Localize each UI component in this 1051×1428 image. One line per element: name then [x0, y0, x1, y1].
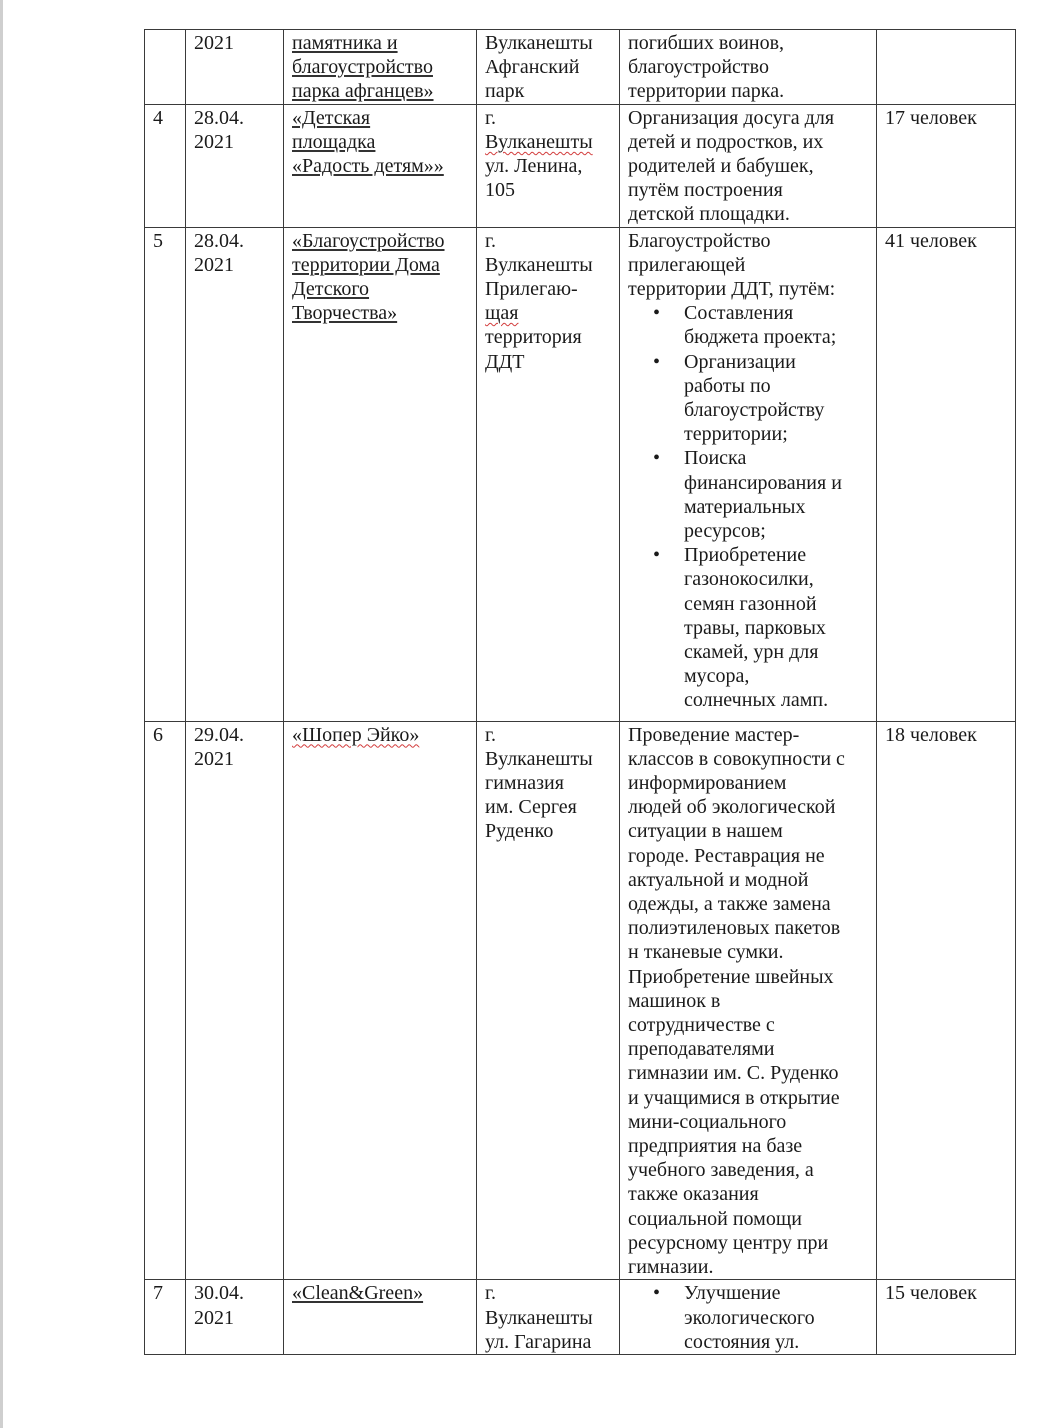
description-line: информированием	[628, 771, 868, 795]
description-line: полиэтиленовых пакетов	[628, 916, 868, 940]
cell-project-name: памятника и благоустройство парка афганц…	[284, 30, 477, 105]
table-row: 5 28.04. 2021 «Благоустройство территори…	[145, 227, 1016, 721]
place-line: г.	[485, 229, 611, 253]
description-line: погибших воинов,	[628, 31, 868, 55]
cell-description: Организация досуга для детей и подростко…	[620, 104, 877, 227]
description-line: мини-социального	[628, 1110, 868, 1134]
description-line: социальной помощи	[628, 1207, 868, 1231]
cell-number: 4	[145, 104, 186, 227]
description-line: благоустройство	[628, 55, 868, 79]
project-name-line: «Детская	[292, 107, 370, 129]
cell-project-name: «Clean&Green»	[284, 1280, 477, 1355]
cell-description: Проведение мастер-классов в совокупности…	[620, 721, 877, 1280]
place-line: г.	[485, 1281, 611, 1305]
project-name-line: «Шопер Эйко»	[292, 724, 419, 746]
description-line: людей об экологической	[628, 795, 868, 819]
description-line: гимназии.	[628, 1255, 868, 1279]
bullet-item: Составления бюджета проекта;	[684, 301, 868, 349]
cell-date: 28.04. 2021	[186, 227, 284, 721]
bullet-list: Улучшение экологического состояния ул.	[628, 1281, 868, 1354]
date-line: 29.04.	[194, 723, 275, 747]
description-line: родителей и бабушек,	[628, 154, 868, 178]
place-line: гимназия	[485, 771, 611, 795]
cell-description: Улучшение экологического состояния ул.	[620, 1280, 877, 1355]
cell-date: 29.04. 2021	[186, 721, 284, 1280]
description-line: актуальной и модной	[628, 868, 868, 892]
place-line: щая	[485, 302, 518, 324]
date-line: 2021	[194, 253, 275, 277]
cell-number	[145, 30, 186, 105]
cell-description: погибших воинов, благоустройство террито…	[620, 30, 877, 105]
description-line: детской площадки.	[628, 202, 868, 226]
place-line: территория	[485, 325, 611, 349]
description-line: территории парка.	[628, 79, 868, 103]
description-line: Проведение мастер-	[628, 723, 868, 747]
description-line: н тканевые сумки.	[628, 940, 868, 964]
place-line: им. Сергея	[485, 795, 611, 819]
date-line: 28.04.	[194, 229, 275, 253]
description-line: предприятия на базе	[628, 1134, 868, 1158]
date-line: 28.04.	[194, 106, 275, 130]
place-line: парк	[485, 79, 611, 103]
cell-project-name: «Детская площадка «Радость детям»»	[284, 104, 477, 227]
cell-number: 6	[145, 721, 186, 1280]
events-table: 2021 памятника и благоустройство парка а…	[144, 29, 1016, 1355]
description-line: детей и подростков, их	[628, 130, 868, 154]
place-line: Руденко	[485, 819, 611, 843]
project-name-line: «Радость детям»»	[292, 155, 444, 177]
cell-place: г. Вулканешты гимназия им. Сергея Руденк…	[477, 721, 620, 1280]
cell-place: г. Вулканешты ул. Гагарина	[477, 1280, 620, 1355]
table-row: 2021 памятника и благоустройство парка а…	[145, 30, 1016, 105]
table-row: 7 30.04. 2021 «Clean&Green» г. Вулканешт…	[145, 1280, 1016, 1355]
date-line: 30.04.	[194, 1281, 275, 1305]
project-name-line: территории Дома	[292, 254, 440, 276]
project-name-line: Творчества»	[292, 302, 397, 324]
description-line: также оказания	[628, 1182, 868, 1206]
description-line: Приобретение швейных	[628, 965, 868, 989]
place-line: г.	[485, 723, 611, 747]
page-edge	[0, 0, 3, 1428]
description-line: городе. Реставрация не	[628, 844, 868, 868]
place-line: Вулканешты	[485, 1306, 611, 1330]
description-line: классов в совокупности с	[628, 747, 868, 771]
place-line: Вулканешты	[485, 31, 611, 55]
bullet-item: Поиска финансирования и материальных рес…	[684, 446, 868, 543]
cell-participants: 17 человек	[877, 104, 1016, 227]
cell-date: 30.04. 2021	[186, 1280, 284, 1355]
date-line: 2021	[194, 747, 275, 771]
project-name-line: парка афганцев»	[292, 80, 434, 102]
description-line: Организация досуга для	[628, 106, 868, 130]
cell-participants	[877, 30, 1016, 105]
place-line: ул. Ленина,	[485, 154, 611, 178]
place-line: 105	[485, 178, 611, 202]
cell-date: 28.04. 2021	[186, 104, 284, 227]
cell-participants: 41 человек	[877, 227, 1016, 721]
date-line: 2021	[194, 130, 275, 154]
cell-number: 7	[145, 1280, 186, 1355]
cell-participants: 18 человек	[877, 721, 1016, 1280]
cell-project-name: «Благоустройство территории Дома Детског…	[284, 227, 477, 721]
project-name-line: благоустройство	[292, 56, 433, 78]
description-line: машинок в	[628, 989, 868, 1013]
bullet-item: Организации работы по благоустройству те…	[684, 350, 868, 447]
description-line: прилегающей	[628, 253, 868, 277]
bullet-item: Улучшение экологического состояния ул.	[684, 1281, 868, 1354]
date-line: 2021	[194, 31, 275, 55]
cell-place: г. Вулканешты Прилегаю- щая территория Д…	[477, 227, 620, 721]
place-line: Вулканешты	[485, 253, 611, 277]
description-line: территории ДДТ, путём:	[628, 277, 868, 301]
place-line: Афганский	[485, 55, 611, 79]
description-line: учебного заведения, а	[628, 1158, 868, 1182]
cell-description: Благоустройство прилегающей территории Д…	[620, 227, 877, 721]
place-line: Вулканешты	[485, 131, 593, 153]
place-line: г.	[485, 106, 611, 130]
place-line: Вулканешты	[485, 747, 611, 771]
project-name-line: «Благоустройство	[292, 230, 445, 252]
bullet-list: Составления бюджета проекта; Организации…	[628, 301, 868, 712]
description-line: ресурсному центру при	[628, 1231, 868, 1255]
project-name-line: Детского	[292, 278, 369, 300]
cell-date: 2021	[186, 30, 284, 105]
place-line: Прилегаю-	[485, 277, 611, 301]
description-line: ситуации в нашем	[628, 819, 868, 843]
place-line: ДДТ	[485, 350, 611, 374]
table-row: 6 29.04. 2021 «Шопер Эйко» г. Вулканешты…	[145, 721, 1016, 1280]
cell-participants: 15 человек	[877, 1280, 1016, 1355]
table-row: 4 28.04. 2021 «Детская площадка «Радость…	[145, 104, 1016, 227]
project-name-line: памятника и	[292, 32, 398, 54]
description-line: одежды, а также замена	[628, 892, 868, 916]
project-name-line: площадка	[292, 131, 375, 153]
place-line: ул. Гагарина	[485, 1330, 611, 1354]
description-line: гимназии им. С. Руденко	[628, 1061, 868, 1085]
date-line: 2021	[194, 1306, 275, 1330]
bullet-item: Приобретение газонокосилки, семян газонн…	[684, 543, 868, 712]
cell-project-name: «Шопер Эйко»	[284, 721, 477, 1280]
description-line: путём построения	[628, 178, 868, 202]
project-name-line: «Clean&Green»	[292, 1282, 423, 1304]
cell-place: г. Вулканешты ул. Ленина, 105	[477, 104, 620, 227]
description-line: и учащимися в открытие	[628, 1086, 868, 1110]
cell-place: Вулканешты Афганский парк	[477, 30, 620, 105]
description-line: Благоустройство	[628, 229, 868, 253]
description-line: сотрудничестве с	[628, 1013, 868, 1037]
description-line: преподавателями	[628, 1037, 868, 1061]
cell-number: 5	[145, 227, 186, 721]
